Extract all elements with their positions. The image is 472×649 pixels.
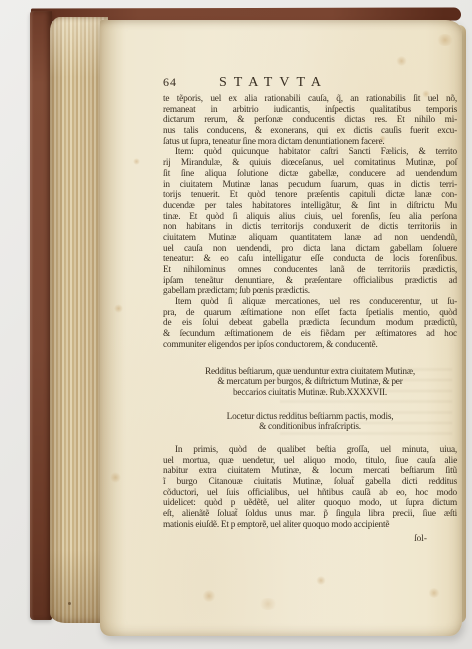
foxing-spot	[258, 598, 278, 610]
text-line: Item: quòd quicunque habitator caſtri Sa…	[163, 147, 457, 158]
text-line: Et nihilominus omnes conducentes lanã de…	[163, 265, 457, 276]
foxing-spot	[110, 472, 121, 483]
text-line: & ſecundum æſtimationem de eis fiẽdam pe…	[163, 329, 457, 340]
book-page: 64 STATVTA te tẽporis, uel ex alia ratio…	[100, 20, 462, 636]
text-line: te tẽporis, uel ex alia rationabili cauſ…	[163, 94, 457, 105]
rubric-heading: Redditus beſtiarum, quæ uenduntur extra …	[163, 367, 457, 399]
text-line: teneatur: & eo caſu intelligatur eſſe co…	[163, 254, 457, 265]
foxing-spot	[133, 158, 140, 165]
rubric-subheading: Locetur dictus redditus beſtiarnm pactis…	[163, 412, 457, 433]
text-line: ſit ſine aliqua ſolutione dictæ gabellæ,…	[163, 169, 457, 180]
text-line: remaneat in arbitrio iudicantis, inſpect…	[163, 105, 457, 116]
text-line: torijs tenuerit. Et quòd tenore præſenti…	[163, 190, 457, 201]
text-line: ducendæ per tales habitatores intelligãt…	[163, 201, 457, 212]
text-line: eſt, alienãtẽ ſoluat̃ ſoldus unus mar. p…	[163, 509, 457, 520]
text-line: Redditus beſtiarum, quæ uenduntur extra …	[163, 367, 457, 378]
text-line: In primis, quòd de qualibet beſtia groſſ…	[163, 445, 457, 456]
text-line: dictarum rerum, & perſonæ conducentis di…	[163, 115, 457, 126]
text-line: de eis ſolui debeat gabella prædicta ſec…	[163, 318, 457, 329]
text-line: gabellam prædictam; ſub pœnis prædictis.	[163, 286, 457, 297]
text-line: & conditionibus infraſcriptis.	[163, 422, 457, 433]
text-line: mationis eiuſdẽ. Et p emptorẽ, uel alite…	[163, 520, 457, 531]
text-line: tinæ. Et quòd ſi aliquis alius ciuis, ue…	[163, 212, 457, 223]
text-line: cõductori, uel ſuis officialibus, uel hñ…	[163, 488, 457, 499]
ink-speck	[68, 602, 71, 605]
text-line: nus talis conducens, & exonerans, qui ex…	[163, 126, 457, 137]
paragraph-1: te tẽporis, uel ex alia rationabili cauſ…	[163, 94, 457, 147]
foxing-spot	[202, 590, 216, 602]
text-line: uel mortua, quæ uendetur, uel aliquo mod…	[163, 456, 457, 467]
text-line: in ciuitatem Mutinæ lanas pecudum ſuarum…	[163, 180, 457, 191]
book-cover-spine	[30, 11, 52, 620]
text-block: 64 STATVTA te tẽporis, uel ex alia ratio…	[163, 75, 457, 545]
foxing-spot	[316, 576, 326, 585]
foxing-spot	[428, 588, 440, 598]
text-line: rij Mirandulæ, & quiuis diœceſanus, uel …	[163, 158, 457, 169]
text-line: pra, de quarum æſtimatione non eſſet fac…	[163, 308, 457, 319]
text-line: beccarios ciuitatis Mutinæ. Rub.XXXXVII.	[163, 388, 457, 399]
text-line: non habitans in dictis territorijs condu…	[163, 222, 457, 233]
text-line: communiter eligendos per ipſos conductor…	[163, 340, 457, 351]
text-line: Item quòd ſi aliquæ mercationes, uel res…	[163, 297, 457, 308]
foxing-spot	[396, 56, 407, 66]
catchword: ſol-	[163, 534, 457, 545]
paragraph-4: In primis, quòd de qualibet beſtia groſſ…	[163, 445, 457, 531]
text-line: Locetur dictus redditus beſtiarnm pactis…	[163, 412, 457, 423]
paragraph-3: Item quòd ſi aliquæ mercationes, uel res…	[163, 297, 457, 350]
text-line: ſatus ut ſupra, teneatur ſine mora dicta…	[163, 137, 457, 148]
text-line: & mercatum per burgos, & diſtrictum Muti…	[163, 377, 457, 388]
paragraph-2: Item: quòd quicunque habitator caſtri Sa…	[163, 147, 457, 297]
foxing-spot	[114, 304, 123, 313]
text-line: ciuitatem Mutinæ aliquam quantitatem lan…	[163, 233, 457, 244]
text-line: uidelicet: quòd p uẽdẽtẽ, uel aliter quo…	[163, 498, 457, 509]
text-line: nabitur extra ciuitatem Mutinæ, & locum …	[163, 466, 457, 477]
text-line: ĩ burgo Citanouæ ciuitatis Mutinæ, ſolua…	[163, 477, 457, 488]
foxing-spot	[436, 34, 454, 46]
page-number: 64	[163, 75, 177, 90]
text-line: ipſam teneãtur denuntiare, & præſentare …	[163, 276, 457, 287]
page-header: 64 STATVTA	[163, 75, 457, 91]
book-photo: 64 STATVTA te tẽporis, uel ex alia ratio…	[0, 0, 472, 649]
text-line: uel cauſa non uendendi, pro dicta lana d…	[163, 244, 457, 255]
running-title: STATVTA	[219, 75, 328, 91]
